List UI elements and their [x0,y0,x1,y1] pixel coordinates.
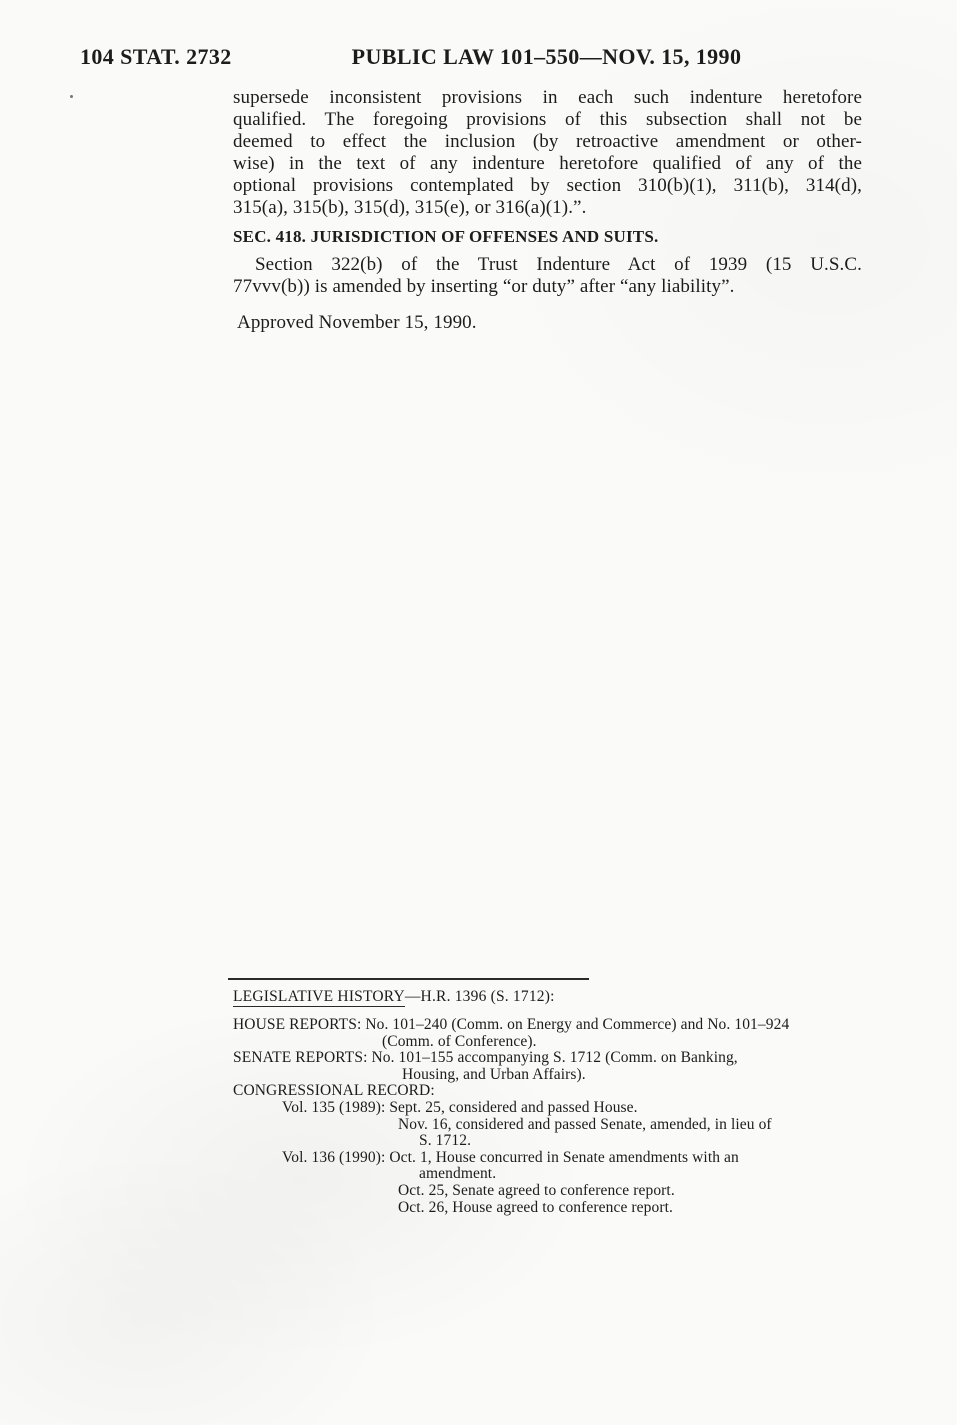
history-line-s1712: S. 1712. [233,1133,893,1150]
history-line-cong-record: CONGRESSIONAL RECORD: [233,1083,893,1100]
law-running-header: PUBLIC LAW 101–550—NOV. 15, 1990 [233,44,860,70]
body-line: Section 322(b) of the Trust Indenture Ac… [233,254,862,276]
history-line-oct25: Oct. 25, Senate agreed to conference rep… [233,1183,893,1200]
stat-page-number: 104 STAT. 2732 [80,44,232,70]
statute-page: 104 STAT. 2732 PUBLIC LAW 101–550—NOV. 1… [0,0,957,1425]
body-line: deemed to effect the inclusion (by retro… [233,131,862,153]
history-line-house-reports: HOUSE REPORTS: No. 101–240 (Comm. on Ene… [233,1017,893,1034]
history-line-house-cont: (Comm. of Conference). [233,1034,893,1051]
legislative-history-title-suffix: —H.R. 1396 (S. 1712): [405,988,555,1005]
history-line-senate-cont: Housing, and Urban Affairs). [233,1067,893,1084]
legislative-history-title: LEGISLATIVE HISTORY—H.R. 1396 (S. 1712): [233,988,555,1006]
body-line: 77vvv(b)) is amended by inserting “or du… [233,276,862,298]
body-paragraph-continuation: supersede inconsistent provisions in eac… [233,87,862,219]
legislative-history-rule [228,978,589,980]
legislative-history-block: HOUSE REPORTS: No. 101–240 (Comm. on Ene… [233,1017,893,1216]
history-line-vol136: Vol. 136 (1990): Oct. 1, House concurred… [233,1150,893,1167]
body-line: qualified. The foregoing provisions of t… [233,109,862,131]
section-paragraph: Section 322(b) of the Trust Indenture Ac… [233,254,862,298]
history-line-amendment: amendment. [233,1166,893,1183]
approval-line: Approved November 15, 1990. [237,312,477,334]
legislative-history-title-underlined: LEGISLATIVE HISTORY [233,988,405,1007]
body-line: 315(a), 315(b), 315(d), 315(e), or 316(a… [233,197,862,219]
body-line: supersede inconsistent provisions in eac… [233,87,862,109]
history-line-vol135: Vol. 135 (1989): Sept. 25, considered an… [233,1100,893,1117]
history-line-nov16: Nov. 16, considered and passed Senate, a… [233,1117,893,1134]
history-line-oct26: Oct. 26, House agreed to conference repo… [233,1200,893,1217]
scan-speck [70,95,73,98]
body-line: wise) in the text of any indenture heret… [233,153,862,175]
history-line-senate-reports: SENATE REPORTS: No. 101–155 accompanying… [233,1050,893,1067]
section-heading: SEC. 418. JURISDICTION OF OFFENSES AND S… [233,227,862,247]
body-line: optional provisions contemplated by sect… [233,175,862,197]
